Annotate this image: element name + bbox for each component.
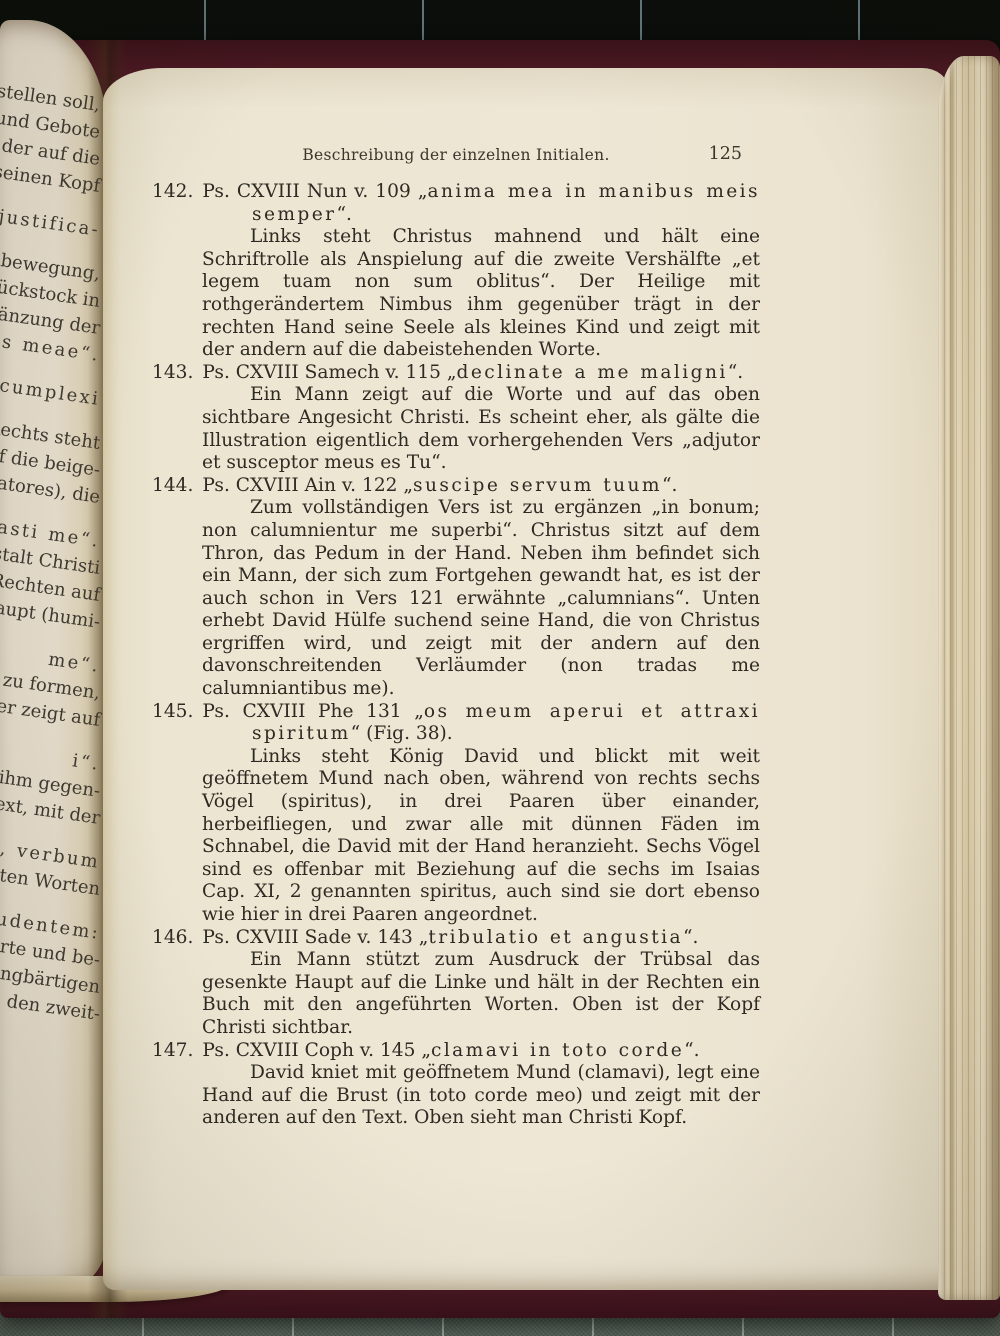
- entry-heading-text: Ps. CXVIII Coph v. 145 „clamavi in toto …: [202, 1040, 699, 1061]
- left-page-text-fragments: olle darstellen soll,ten und Geboteann, …: [0, 92, 100, 1028]
- entry-number: 147.: [152, 1040, 193, 1061]
- entry-142: 142.Ps. CXVIII Nun v. 109 „anima mea in …: [152, 181, 760, 362]
- entry-body: Ein Mann stützt zum Ausdruck der Trübsal…: [202, 949, 760, 1039]
- entry-heading: 145.Ps. CXVIII Phe 131 „os meum aperui e…: [152, 701, 760, 746]
- entry-heading-text: Ps. CXVIII Phe 131 „os meum aperui et at…: [202, 701, 760, 745]
- entry-number: 143.: [152, 362, 193, 383]
- page-number: 125: [709, 144, 742, 164]
- text-block: 142.Ps. CXVIII Nun v. 109 „anima mea in …: [152, 181, 760, 1130]
- entry-number: 146.: [152, 927, 193, 948]
- entry-body: Zum vollständigen Vers ist zu ergänzen „…: [202, 497, 760, 700]
- entry-heading-text: Ps. CXVIII Ain v. 122 „suscipe servum tu…: [202, 475, 677, 496]
- running-head: Beschreibung der einzelnen Initialen. 12…: [152, 146, 760, 169]
- entry-heading: 144.Ps. CXVIII Ain v. 122 „suscipe servu…: [152, 475, 760, 498]
- right-page: Beschreibung der einzelnen Initialen. 12…: [103, 68, 948, 1290]
- entry-heading: 146.Ps. CXVIII Sade v. 143 „tribulatio e…: [152, 927, 760, 950]
- entry-body: Links steht König David und blickt mit w…: [202, 746, 760, 927]
- entry-146: 146.Ps. CXVIII Sade v. 143 „tribulatio e…: [152, 927, 760, 1040]
- entry-heading-text: Ps. CXVIII Samech v. 115 „declinate a me…: [202, 362, 743, 383]
- running-head-title: Beschreibung der einzelnen Initialen.: [152, 146, 760, 164]
- entry-143: 143.Ps. CXVIII Samech v. 115 „declinate …: [152, 362, 760, 475]
- entry-144: 144.Ps. CXVIII Ain v. 122 „suscipe servu…: [152, 475, 760, 701]
- entry-body: Links steht Christus mahnend und hält ei…: [202, 226, 760, 362]
- entry-heading: 147.Ps. CXVIII Coph v. 145 „clamavi in t…: [152, 1040, 760, 1063]
- book-photograph: olle darstellen soll,ten und Geboteann, …: [0, 0, 1000, 1336]
- entry-heading: 142.Ps. CXVIII Nun v. 109 „anima mea in …: [152, 181, 760, 226]
- fore-edge-page-stack: [938, 56, 1000, 1300]
- entry-heading-text: Ps. CXVIII Nun v. 109 „anima mea in mani…: [202, 181, 760, 225]
- entry-body: David kniet mit geöffnetem Mund (clamavi…: [202, 1062, 760, 1130]
- entry-body: Ein Mann zeigt auf die Worte und auf das…: [202, 384, 760, 474]
- entry-heading: 143.Ps. CXVIII Samech v. 115 „declinate …: [152, 362, 760, 385]
- entry-number: 142.: [152, 181, 193, 202]
- entry-number: 144.: [152, 475, 193, 496]
- entry-147: 147.Ps. CXVIII Coph v. 145 „clamavi in t…: [152, 1040, 760, 1130]
- entry-145: 145.Ps. CXVIII Phe 131 „os meum aperui e…: [152, 701, 760, 927]
- book-cover-edges: olle darstellen soll,ten und Geboteann, …: [0, 40, 1000, 1318]
- entry-heading-text: Ps. CXVIII Sade v. 143 „tribulatio et an…: [202, 927, 698, 948]
- entry-number: 145.: [152, 701, 193, 722]
